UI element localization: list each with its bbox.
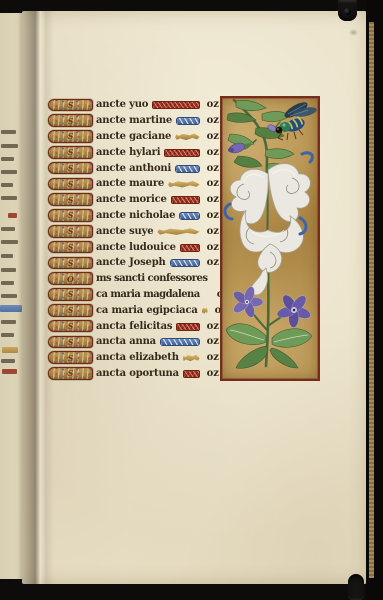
response-text: oz	[207, 194, 219, 205]
manuscript-photo: S ancte yuo oz S ancte martine oz S anct…	[0, 0, 383, 600]
litany-line: S ca maria egipciaca oz	[48, 302, 219, 318]
response-text: oz	[207, 336, 219, 347]
page-clip-top	[338, 0, 357, 21]
litany-line-text: ancte gaciane	[96, 131, 171, 143]
response-abbreviation: oz	[207, 210, 219, 221]
illuminated-initial: S	[48, 130, 93, 143]
red-linefiller-fragment	[2, 369, 17, 374]
litany-line-text: ancte hylari	[96, 146, 160, 158]
response-text: oz	[207, 352, 219, 363]
initial-letter: S	[68, 289, 74, 299]
litany-line-text: ancta elizabeth	[96, 352, 179, 364]
line-filler-ornament	[164, 149, 199, 157]
initial-letter: S	[68, 226, 74, 236]
response-abbreviation: oz	[207, 99, 219, 110]
initial-letter: S	[68, 131, 74, 141]
litany-line-text: ancte martine	[96, 115, 172, 127]
litany-line: S ancte nicholae oz	[48, 208, 219, 224]
litany-line: S ancte Joseph oz	[48, 255, 219, 271]
response-text: oz	[207, 115, 219, 126]
initial-letter: O	[67, 274, 74, 284]
response-abbreviation: oz	[207, 163, 219, 174]
periwinkle-right	[276, 293, 312, 328]
line-filler-ornament	[157, 228, 199, 235]
illuminated-initial: S	[48, 146, 93, 159]
illuminated-initial: S	[48, 241, 93, 254]
response-abbreviation: oz	[207, 336, 219, 347]
border-artwork	[222, 98, 317, 378]
illuminated-initial: S	[48, 336, 93, 349]
response-text: oz	[207, 163, 219, 174]
showthrough-text-fragment	[1, 281, 14, 285]
litany-line-text: ancte Joseph	[96, 257, 166, 269]
litany-line: S ancte ludouice oz	[48, 239, 219, 255]
top-leaves	[227, 100, 294, 173]
line-filler-ornament	[183, 370, 200, 378]
showthrough-text-fragment	[1, 196, 17, 200]
litany-line-text: ancta felicitas	[96, 320, 172, 332]
litany-line-text: ca maria egipciaca	[96, 304, 198, 316]
litany-line: S ancta elizabeth oz	[48, 350, 219, 366]
border-miniature-panel	[220, 96, 320, 381]
litany-line-text: ancte maure	[96, 178, 164, 190]
initial-letter: S	[68, 116, 74, 126]
litany-text-block: S ancte yuo oz S ancte martine oz S anct…	[48, 97, 219, 381]
litany-line-text: ancte morice	[96, 194, 167, 206]
response-text: oz	[207, 321, 219, 332]
line-filler-ornament	[175, 165, 200, 173]
litany-line-text: ancte yuo	[96, 99, 148, 111]
initial-letter: S	[68, 147, 74, 157]
line-filler-ornament	[170, 259, 200, 267]
showthrough-text-fragment	[1, 359, 15, 363]
line-filler-ornament	[171, 196, 200, 204]
litany-line-text: ancta anna	[96, 336, 156, 348]
initial-letter: S	[68, 321, 74, 331]
illuminated-initial: S	[48, 304, 93, 317]
line-filler-ornament	[180, 244, 200, 252]
response-abbreviation: oz	[207, 242, 219, 253]
page-block-edges	[369, 22, 374, 578]
litany-line: S ancte martine oz	[48, 113, 219, 129]
illuminated-initial: S	[48, 225, 93, 238]
initial-letter: S	[68, 242, 74, 252]
illuminated-initial: S	[48, 178, 93, 191]
showthrough-text-fragment	[1, 268, 16, 272]
showthrough-text-fragment	[1, 294, 17, 298]
litany-line-text: ms sancti confessores	[96, 273, 207, 285]
line-filler-ornament	[202, 307, 208, 314]
response-abbreviation: oz	[207, 178, 219, 189]
blue-linefiller-fragment	[0, 305, 22, 312]
litany-line: S ancte hylari oz	[48, 144, 219, 160]
response-text: oz	[207, 178, 219, 189]
illuminated-initial: S	[48, 162, 93, 175]
page-clip-bottom	[348, 574, 364, 600]
initial-letter: S	[68, 100, 74, 110]
initial-letter: S	[68, 353, 74, 363]
litany-line: S ancta felicitas oz	[48, 318, 219, 334]
red-linefiller-fragment	[8, 213, 17, 218]
illuminated-initial: S	[48, 114, 93, 127]
line-filler-ornament	[183, 355, 200, 362]
litany-line: S ancte yuo oz	[48, 97, 219, 113]
litany-line-text: ancte nicholae	[96, 210, 175, 222]
response-text: oz	[207, 242, 219, 253]
illuminated-initial: S	[48, 257, 93, 270]
showthrough-text-fragment	[1, 130, 16, 134]
litany-line: S ancte suye oz	[48, 223, 219, 239]
response-text: oz	[207, 99, 219, 110]
showthrough-text-fragment	[1, 227, 15, 231]
initial-letter: S	[68, 337, 74, 347]
showthrough-text-fragment	[1, 183, 13, 187]
showthrough-text-fragment	[1, 157, 14, 161]
litany-line: S ancte maure oz	[48, 176, 219, 192]
illuminated-initial: S	[48, 351, 93, 364]
line-filler-ornament	[175, 133, 199, 140]
illuminated-initial: S	[48, 367, 93, 380]
line-filler-ornament	[176, 117, 200, 125]
response-text: oz	[207, 131, 219, 142]
line-filler-ornament	[168, 181, 200, 188]
response-text: oz	[207, 257, 219, 268]
response-abbreviation: oz	[207, 321, 219, 332]
response-abbreviation: oz	[207, 368, 219, 379]
folio-mark	[349, 29, 358, 36]
initial-letter: S	[68, 210, 74, 220]
illuminated-initial: O	[48, 272, 93, 285]
response-abbreviation: oz	[207, 115, 219, 126]
litany-line: S ancta anna oz	[48, 334, 219, 350]
gold-ornament-fragment	[2, 347, 18, 353]
response-text: oz	[207, 368, 219, 379]
litany-line-text: ancte anthoni	[96, 162, 171, 174]
litany-line: S ca maria magdalena oz	[48, 287, 219, 303]
initial-letter: S	[68, 195, 74, 205]
showthrough-text-fragment	[1, 333, 14, 337]
initial-letter: S	[68, 258, 74, 268]
response-abbreviation: oz	[207, 257, 219, 268]
litany-line: S ancta oportuna oz	[48, 366, 219, 382]
response-abbreviation: oz	[207, 147, 219, 158]
showthrough-text-fragment	[1, 254, 13, 258]
line-filler-ornament	[176, 323, 199, 331]
litany-line: S ancte anthoni oz	[48, 160, 219, 176]
line-filler-ornament	[160, 338, 200, 346]
showthrough-text-fragment	[1, 240, 18, 244]
illuminated-initial: S	[48, 193, 93, 206]
litany-line: S ancte morice oz	[48, 192, 219, 208]
response-abbreviation: oz	[207, 352, 219, 363]
book-fore-edge	[366, 0, 383, 600]
initial-letter: S	[68, 368, 74, 378]
showthrough-text-fragment	[1, 320, 16, 324]
response-abbreviation: oz	[207, 226, 219, 237]
litany-line: O ms sancti confessores ozte	[48, 271, 219, 287]
showthrough-text-fragment	[1, 144, 18, 148]
illuminated-initial: S	[48, 320, 93, 333]
response-abbreviation: oz	[207, 131, 219, 142]
illuminated-initial: S	[48, 209, 93, 222]
line-filler-ornament	[152, 101, 199, 109]
initial-letter: S	[68, 163, 74, 173]
litany-line-text: ca maria magdalena	[96, 289, 200, 301]
illuminated-initial: S	[48, 288, 93, 301]
litany-line-text: ancta oportuna	[96, 368, 179, 380]
initial-letter: S	[68, 179, 74, 189]
initial-letter: S	[68, 305, 74, 315]
response-abbreviation: oz	[207, 194, 219, 205]
litany-line-text: ancte ludouice	[96, 241, 176, 253]
line-filler-ornament	[179, 212, 199, 220]
showthrough-text-fragment	[1, 170, 17, 174]
litany-line-text: ancte suye	[96, 225, 153, 237]
response-text: oz	[207, 210, 219, 221]
illuminated-initial: S	[48, 99, 93, 112]
litany-line: S ancte gaciane oz	[48, 129, 219, 145]
response-text: oz	[207, 147, 219, 158]
response-text: oz	[207, 226, 219, 237]
